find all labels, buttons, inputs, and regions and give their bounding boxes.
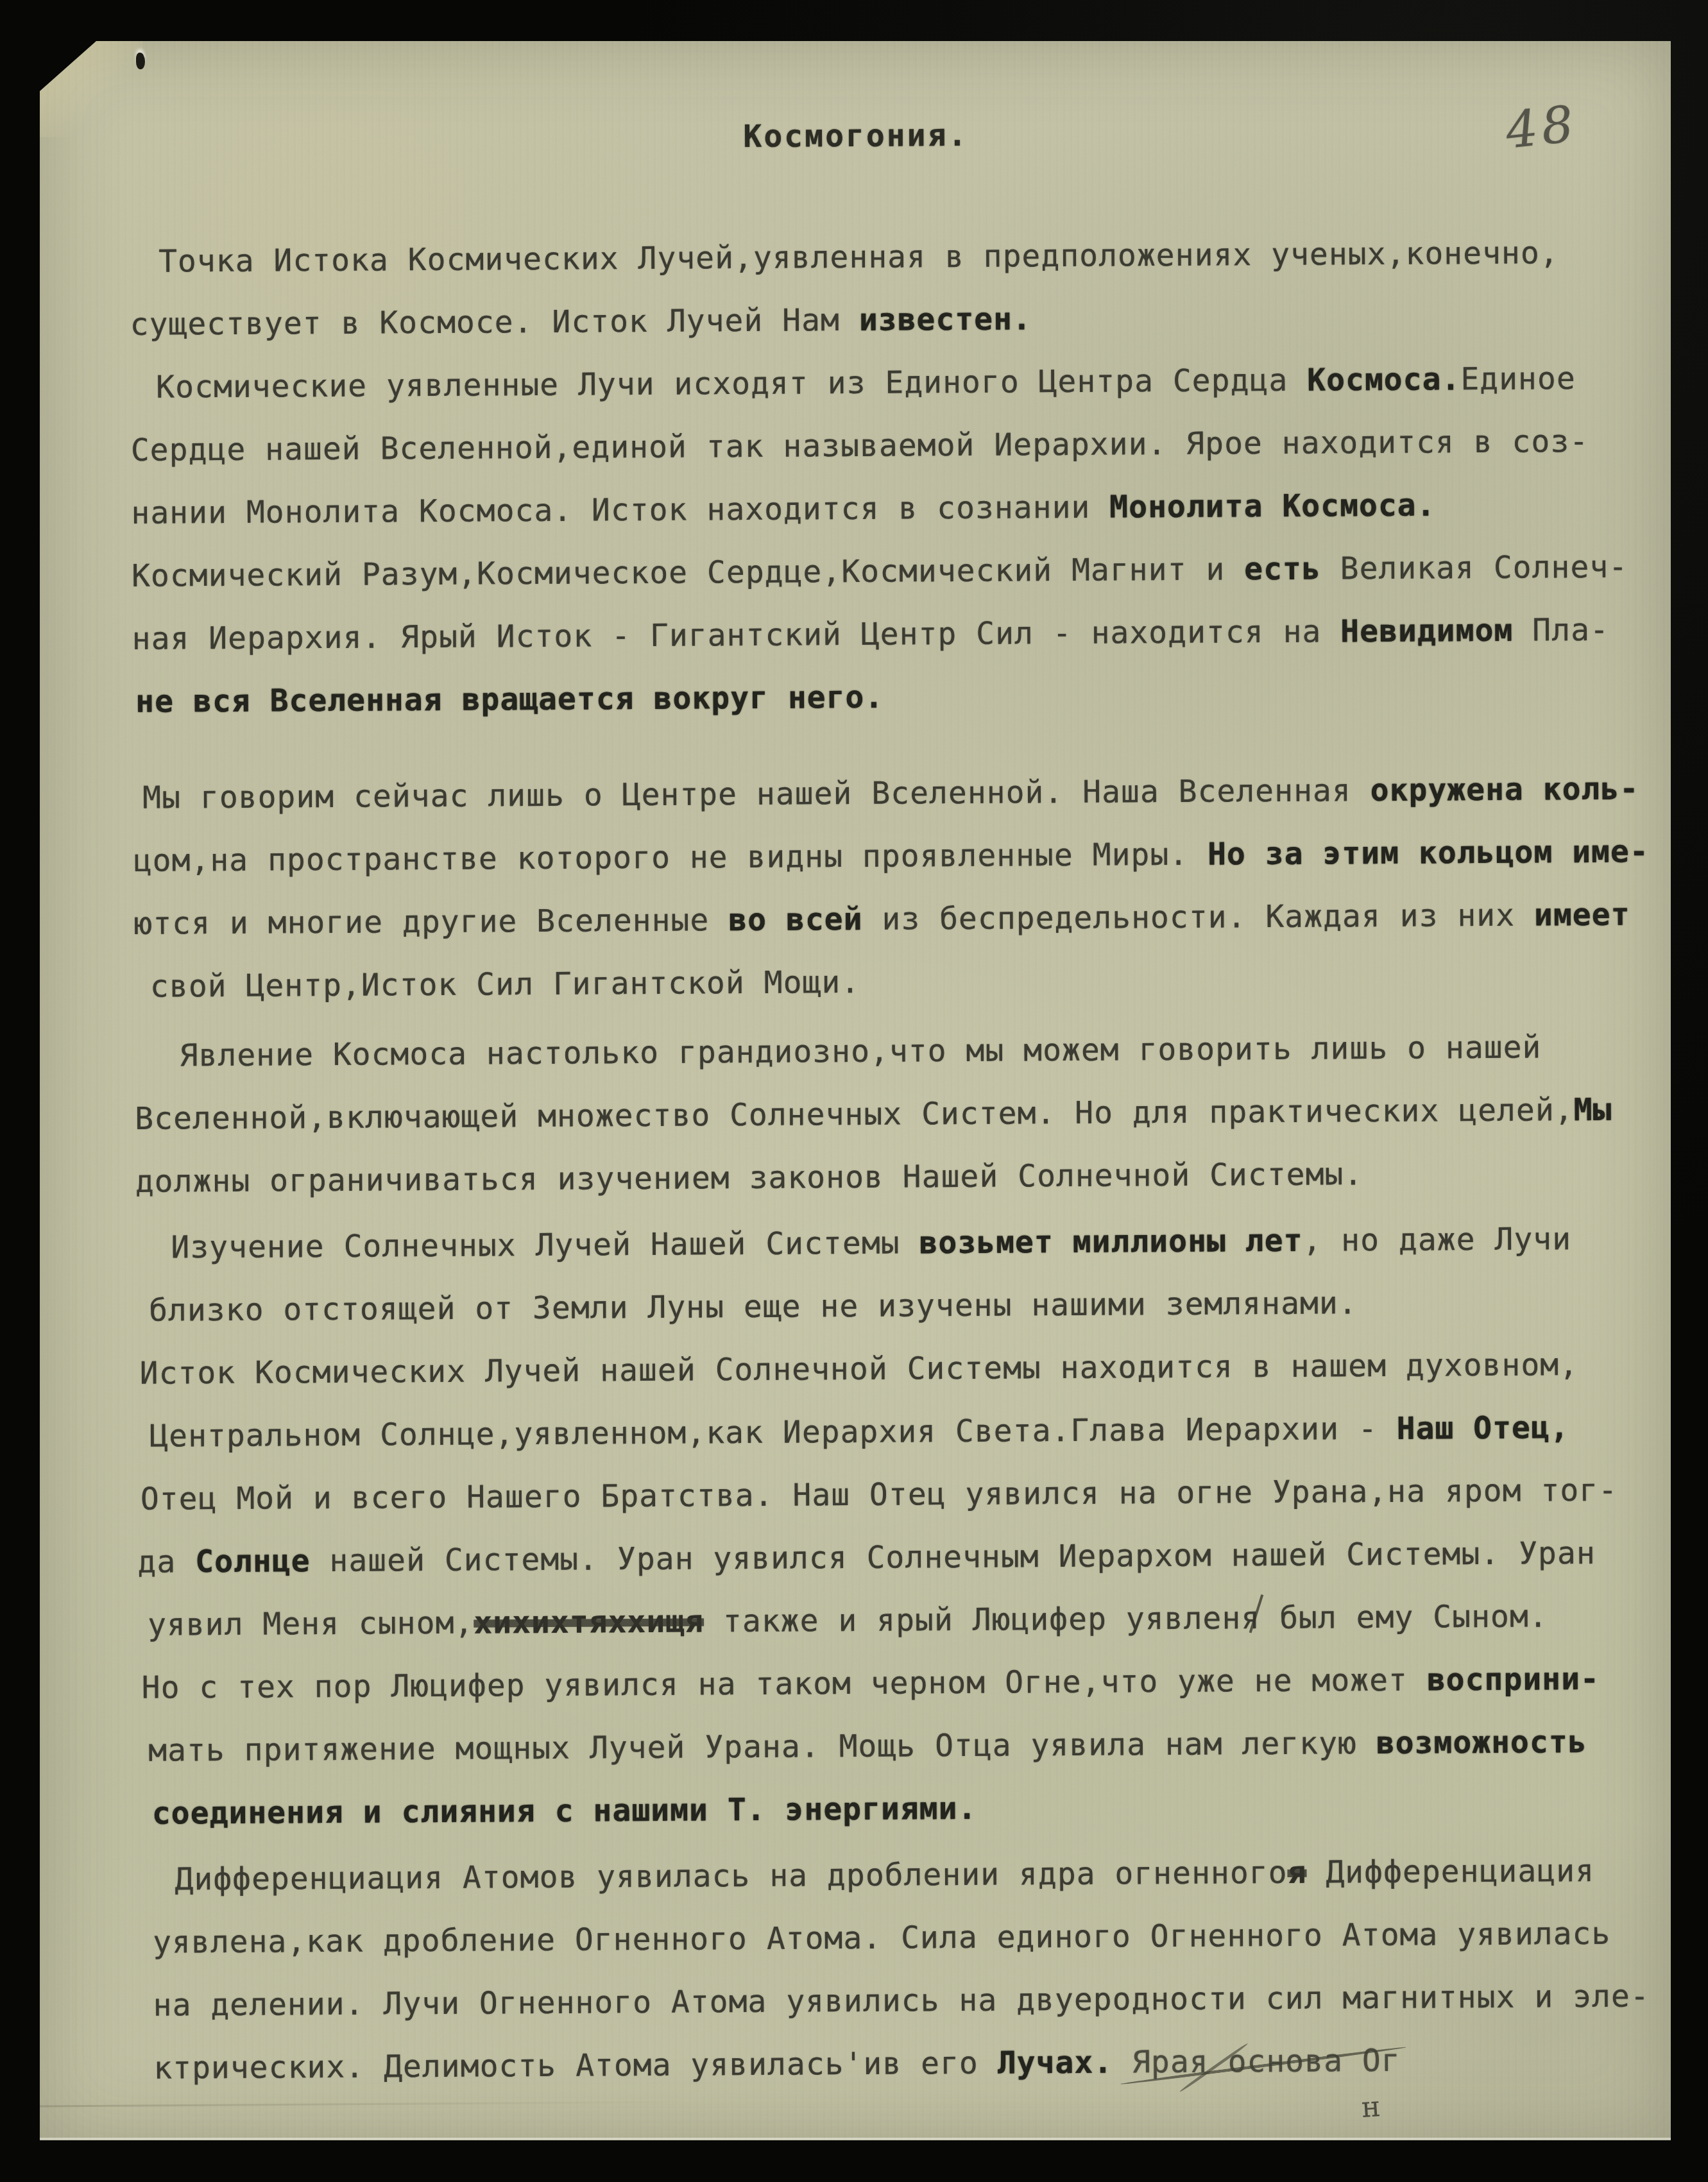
typewritten-line: Исток Космических Лучей нашей Солнечной … bbox=[136, 1333, 1641, 1405]
typed-text: имеет bbox=[1534, 897, 1630, 933]
typed-text: Единое bbox=[1460, 361, 1576, 397]
typed-text: Космический Разум,Космическое Сердце,Кос… bbox=[132, 551, 1244, 594]
typewritten-line: Космический Разум,Космическое Сердце,Кос… bbox=[132, 536, 1636, 608]
typed-text: Вселенной,включающей множество Солнечных… bbox=[135, 1092, 1574, 1137]
typewritten-line: Сердце нашей Вселенной,единой так называ… bbox=[131, 410, 1635, 482]
typed-text: Но за этим кольцом име- bbox=[1208, 833, 1649, 872]
typed-text: Дифференциация Атомов уявилась на дробле… bbox=[175, 1855, 1287, 1898]
typed-text: Космоса. bbox=[1307, 361, 1461, 398]
typewritten-line: мать притяжение мощных Лучей Урана. Мощь… bbox=[139, 1710, 1643, 1782]
page-title: Космогония. bbox=[40, 113, 1671, 159]
typed-text: уявленя bbox=[1126, 1600, 1261, 1637]
typed-text: близко отстоящей от Земли Луны еще не из… bbox=[149, 1285, 1358, 1329]
typed-text: Изучение Солнечных Лучей Нашей Системы bbox=[171, 1225, 919, 1265]
typed-text: Отец Мой и всего Нашего Братства. Наш От… bbox=[141, 1472, 1618, 1517]
typed-text: нашей Системы. Уран уявился Солнечным Ие… bbox=[310, 1535, 1596, 1579]
typed-text: Дифференциация bbox=[1306, 1853, 1594, 1891]
typed-text: ются и многие другие Вселенные bbox=[133, 902, 728, 942]
typed-text: Точка Истока Космических Лучей,уявленная… bbox=[158, 235, 1559, 279]
typewritten-line: должны ограничиваться изучением законов … bbox=[135, 1141, 1640, 1213]
typed-text: из беспредельности. Каждая из них bbox=[862, 898, 1534, 937]
typewritten-line: ная Иерархия. Ярый Исток - Гигантский Це… bbox=[132, 599, 1636, 670]
typed-text: Но с тех пор Люцифер уявился на таком че… bbox=[141, 1662, 1427, 1706]
typewritten-line: цом,на пространстве которого не видны пр… bbox=[133, 821, 1637, 892]
typed-text: ктрических. Делимость Атома уявилась'ив … bbox=[153, 2045, 998, 2086]
typed-content: Космогония. Точка Истока Космических Луч… bbox=[40, 36, 1684, 2100]
typewritten-line: Вселенной,включающей множество Солнечных… bbox=[135, 1078, 1639, 1150]
typewritten-line: близко отстоящей от Земли Луны еще не из… bbox=[136, 1270, 1641, 1342]
typewritten-line: Точка Истока Космических Лучей,уявленная… bbox=[130, 221, 1634, 293]
typed-over-text: я bbox=[1287, 1855, 1306, 1891]
typed-text: Наш Отец, bbox=[1396, 1410, 1569, 1447]
typewritten-line: Изучение Солнечных Лучей Нашей Системы в… bbox=[135, 1207, 1640, 1279]
typed-text bbox=[1113, 2044, 1132, 2080]
typewritten-line: уявил Меня сыном,хихихтяххищя также и яр… bbox=[138, 1585, 1643, 1657]
typewritten-line: Явление Космоса настолько грандиозно,что… bbox=[134, 1016, 1639, 1087]
typed-text: да bbox=[137, 1544, 195, 1580]
typed-text: существует в Космосе. Исток Лучей Нам bbox=[130, 302, 859, 343]
typed-text: Явление Космоса настолько грандиозно,что… bbox=[179, 1029, 1541, 1073]
typed-text: Великая Солнеч- bbox=[1321, 549, 1628, 587]
typed-text: Монолита Космоса. bbox=[1109, 487, 1436, 525]
typewritten-line: Отец Мой и всего Нашего Братства. Наш От… bbox=[137, 1459, 1642, 1531]
typed-text: Лучах. bbox=[998, 2045, 1113, 2081]
typed-text: известен. bbox=[859, 301, 1032, 338]
typed-text: Мы говорим сейчас лишь о Центре нашей Вс… bbox=[142, 772, 1371, 816]
typed-text: ная Иерархия. Ярый Исток - Гигантский Це… bbox=[132, 613, 1341, 657]
typed-text: на делении. Лучи Огненного Атома уявилис… bbox=[153, 1978, 1650, 2023]
typed-text: Сердце нашей Вселенной,единой так называ… bbox=[131, 423, 1589, 468]
typewritten-line: существует в Космосе. Исток Лучей Нам из… bbox=[130, 284, 1634, 356]
typed-text: должны ограничиваться изучением законов … bbox=[135, 1156, 1363, 1200]
typed-text: возьмет миллионы лет bbox=[919, 1223, 1302, 1261]
typed-text: нании Монолита Космоса. Исток находится … bbox=[131, 490, 1109, 531]
typewritten-line: да Солнце нашей Системы. Уран уявился Со… bbox=[137, 1522, 1642, 1594]
typed-text: мать притяжение мощных Лучей Урана. Мощь… bbox=[148, 1725, 1376, 1769]
typewritten-line: соединения и слияния с нашими Т. энергия… bbox=[139, 1773, 1644, 1845]
typewritten-line: Космические уявленные Лучи исходят из Ед… bbox=[130, 347, 1635, 419]
typed-text: уявлена,как дробление Огненного Атома. С… bbox=[153, 1916, 1611, 1961]
typed-over-text: хихихтяххищя bbox=[474, 1603, 704, 1641]
typewritten-line: Центральном Солнце,уявленном,как Иерархи… bbox=[137, 1396, 1641, 1468]
typed-text: Солнце bbox=[195, 1543, 311, 1580]
typewritten-line: не вся Вселенная вращается вокруг него. bbox=[132, 661, 1637, 733]
typed-text: Пла- bbox=[1513, 612, 1609, 649]
typewritten-line: Дифференциация Атомов уявилась на дробле… bbox=[139, 1839, 1644, 1911]
typed-text: Мы bbox=[1573, 1092, 1612, 1128]
typed-text: свой Центр,Исток Сил Гигантской Мощи. bbox=[150, 964, 860, 1005]
pen-struck-text: Ярая основа Ог bbox=[1132, 2043, 1401, 2081]
typewritten-line: уявлена,как дробление Огненного Атома. С… bbox=[140, 1902, 1644, 1974]
typed-text: уявил Меня сыном, bbox=[148, 1605, 474, 1643]
typewritten-line: Но с тех пор Люцифер уявился на таком че… bbox=[138, 1648, 1643, 1719]
typed-text: Невидимом bbox=[1340, 613, 1513, 650]
typed-text: окружена коль- bbox=[1370, 771, 1639, 809]
typed-text: был ему Сыном. bbox=[1260, 1598, 1548, 1636]
typewritten-line: на делении. Лучи Огненного Атома уявилис… bbox=[140, 1965, 1644, 2037]
typed-text: Центральном Солнце,уявленном,как Иерархи… bbox=[149, 1411, 1397, 1454]
typewritten-line: нании Монолита Космоса. Исток находится … bbox=[131, 473, 1635, 545]
typed-text: Исток Космических Лучей нашей Солнечной … bbox=[139, 1347, 1578, 1392]
typed-text: есть bbox=[1244, 551, 1321, 588]
typed-text: также и ярый Люцифер bbox=[704, 1601, 1126, 1639]
typed-text: Космические уявленные Лучи исходят из Ед… bbox=[156, 362, 1307, 405]
typed-text: не вся Вселенная вращается вокруг него. bbox=[135, 679, 884, 720]
typewritten-line: Мы говорим сейчас лишь о Центре нашей Вс… bbox=[133, 758, 1637, 830]
typed-text: , но даже Лучи bbox=[1302, 1221, 1571, 1259]
typed-lines: Точка Истока Космических Лучей,уявленная… bbox=[130, 221, 1645, 2100]
typed-text: цом,на пространстве которого не видны пр… bbox=[133, 837, 1208, 879]
typewritten-line: ются и многие другие Вселенные во всей и… bbox=[133, 883, 1638, 955]
typed-text: во всей bbox=[728, 901, 863, 938]
typewritten-line: ктрических. Делимость Атома уявилась'ив … bbox=[141, 2028, 1645, 2100]
typed-text: соединения и слияния с нашими Т. энергия… bbox=[152, 1791, 977, 1832]
typed-text: возможность bbox=[1376, 1724, 1587, 1761]
typewritten-line: свой Центр,Исток Сил Гигантской Мощи. bbox=[134, 946, 1639, 1018]
typed-text: восприни- bbox=[1427, 1661, 1600, 1698]
document-page: 48 Космогония. Точка Истока Космических … bbox=[40, 41, 1671, 2140]
handwritten-note: н bbox=[1360, 2090, 1381, 2124]
